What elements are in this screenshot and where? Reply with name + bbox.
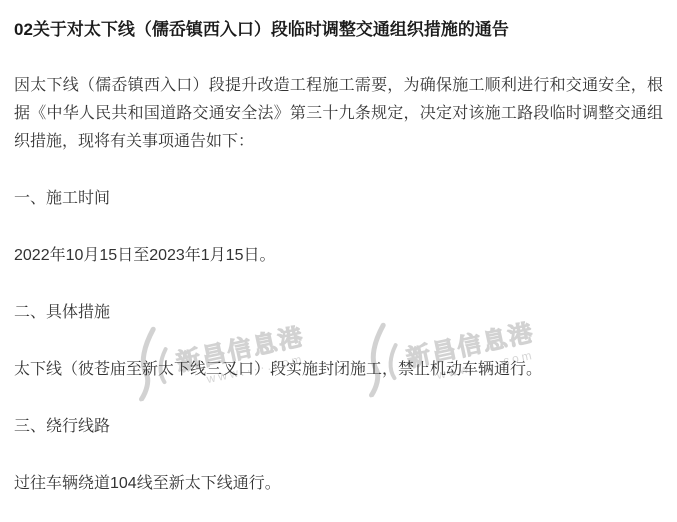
section-heading-construction-time: 一、施工时间 [14, 185, 663, 213]
notice-title: 02关于对太下线（儒岙镇西入口）段临时调整交通组织措施的通告 [14, 14, 663, 46]
notice-intro-paragraph: 因太下线（儒岙镇西入口）段提升改造工程施工需要，为确保施工顺利进行和交通安全，根… [14, 72, 663, 156]
notice-article: 02关于对太下线（儒岙镇西入口）段临时调整交通组织措施的通告 因太下线（儒岙镇西… [0, 0, 677, 498]
section-body-construction-time: 2022年10月15日至2023年1月15日。 [14, 242, 663, 270]
notice-page: 新昌信息港 www.···.com 新昌信息港 www.···.com 02关于… [0, 0, 677, 522]
section-body-detour-route: 过往车辆绕道104线至新太下线通行。 [14, 470, 663, 498]
section-body-specific-measures: 太下线（彼苍庙至新太下线三叉口）段实施封闭施工，禁止机动车辆通行。 [14, 356, 663, 384]
section-heading-detour-route: 三、绕行线路 [14, 413, 663, 441]
section-heading-specific-measures: 二、具体措施 [14, 299, 663, 327]
